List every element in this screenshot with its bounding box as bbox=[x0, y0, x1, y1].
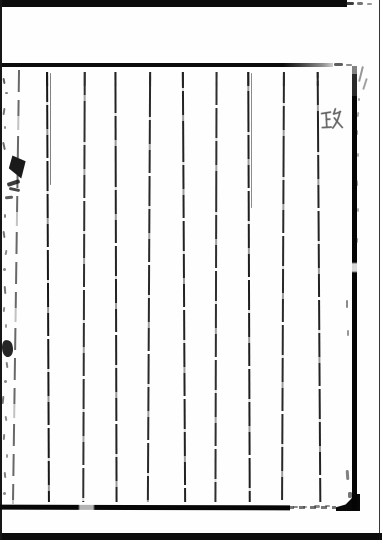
ink-smudge bbox=[5, 196, 13, 199]
ink-smudge bbox=[356, 238, 358, 243]
ink-smudge bbox=[5, 324, 7, 328]
ink-smudge bbox=[4, 126, 6, 129]
ink-smudge bbox=[346, 2, 354, 6]
ink-smudge bbox=[6, 454, 8, 458]
ink-smudge bbox=[347, 330, 349, 336]
outer-border-top bbox=[0, 0, 347, 7]
frame-bottom-rule bbox=[0, 505, 290, 510]
ink-smudge bbox=[5, 92, 8, 94]
ink-smudge bbox=[293, 506, 298, 509]
column-divider bbox=[281, 72, 285, 502]
ink-smudge bbox=[4, 380, 7, 383]
ink-smudge bbox=[325, 505, 330, 507]
ink-smudge bbox=[346, 300, 348, 308]
ink-smudge bbox=[357, 208, 359, 212]
ink-smudge bbox=[9, 187, 20, 192]
ink-smudge bbox=[3, 108, 6, 115]
ink-smudge bbox=[2, 396, 5, 404]
ink-smudge bbox=[348, 492, 352, 498]
ink-smudge bbox=[314, 505, 320, 508]
ink-smudge bbox=[3, 268, 6, 271]
ink-smudge bbox=[6, 362, 9, 368]
ink-smudge bbox=[50, 73, 51, 185]
scanned-book-page bbox=[0, 0, 382, 540]
ink-smudge bbox=[4, 472, 7, 478]
frame-left-rule bbox=[12, 70, 20, 504]
ink-smudge bbox=[334, 63, 343, 66]
ink-smudge bbox=[5, 250, 8, 255]
ink-smudge bbox=[358, 66, 364, 82]
ink-smudge bbox=[2, 78, 5, 84]
ink-smudge bbox=[4, 214, 6, 218]
ink-smudge bbox=[358, 98, 360, 101]
faded-chinese-character bbox=[319, 104, 347, 137]
column-divider bbox=[214, 72, 217, 502]
ink-smudge bbox=[4, 286, 7, 294]
ink-smudge bbox=[5, 416, 8, 421]
ink-smudge bbox=[357, 153, 359, 157]
ink-smudge bbox=[0, 339, 14, 358]
column-divider bbox=[147, 72, 151, 502]
ink-smudge bbox=[3, 434, 6, 440]
ink-smudge bbox=[2, 142, 6, 150]
frame-top-rule bbox=[2, 63, 333, 67]
ink-smudge bbox=[251, 73, 252, 208]
ink-smudge bbox=[346, 470, 350, 480]
ink-smudge bbox=[357, 112, 360, 117]
ink-smudge bbox=[356, 130, 358, 135]
ink-smudge bbox=[346, 64, 352, 67]
column-divider bbox=[114, 72, 117, 502]
ink-smudge bbox=[7, 179, 21, 187]
ink-smudge bbox=[356, 180, 359, 186]
outer-border-left bbox=[0, 0, 2, 540]
column-divider bbox=[82, 72, 85, 502]
column-divider bbox=[182, 72, 186, 502]
ink-smudge bbox=[357, 2, 363, 5]
ink-smudge bbox=[3, 307, 6, 312]
ink-smudge bbox=[3, 492, 6, 495]
ink-smudge bbox=[362, 78, 368, 90]
outer-border-right bbox=[379, 0, 380, 540]
outer-border-bottom bbox=[0, 533, 382, 540]
faded-character-glyph bbox=[319, 104, 347, 137]
ink-smudge bbox=[3, 231, 6, 238]
ink-smudge bbox=[367, 3, 372, 5]
ink-smudge bbox=[303, 506, 307, 508]
